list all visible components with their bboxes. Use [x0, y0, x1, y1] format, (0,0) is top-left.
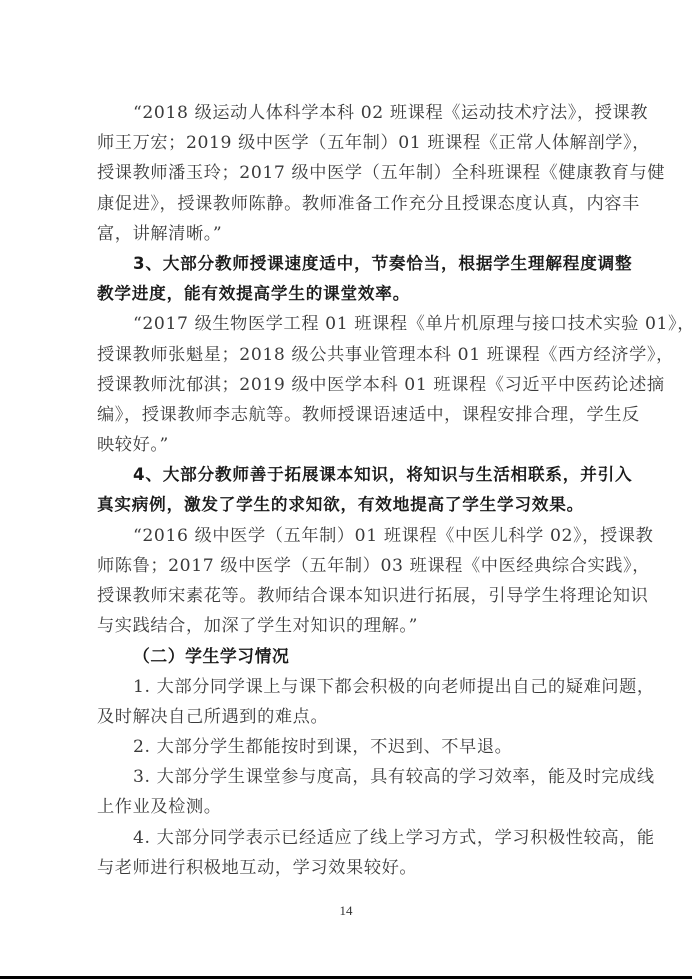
quote-line: “2016 级中医学（五年制）01 班课程《中医儿科学 02》，授课教 — [97, 521, 603, 551]
student-item-line: 2. 大部分学生都能按时到课，不迟到、不早退。 — [97, 732, 603, 762]
student-item-line: 上作业及检测。 — [97, 792, 603, 822]
quote-line: 授课教师张魁星；2018 级公共事业管理本科 01 班课程《西方经济学》， — [97, 340, 603, 370]
quote-line: “2017 级生物医学工程 01 班课程《单片机原理与接口技术实验 01》， — [97, 309, 603, 339]
page-number: 14 — [0, 903, 692, 919]
point-heading-3-cont: 教学进度，能有效提高学生的课堂效率。 — [97, 279, 603, 309]
quote-line: 与实践结合，加深了学生对知识的理解。” — [97, 611, 603, 641]
point-heading-3: 3、大部分教师授课速度适中，节奏恰当，根据学生理解程度调整 — [97, 249, 603, 279]
quote-line: 富，讲解清晰。” — [97, 219, 603, 249]
quote-line: 师陈鲁；2017 级中医学（五年制）03 班课程《中医经典综合实践》， — [97, 551, 603, 581]
student-item-line: 及时解决自己所遇到的难点。 — [97, 702, 603, 732]
quote-line: “2018 级运动人体科学本科 02 班课程《运动技术疗法》，授课教 — [97, 98, 603, 128]
quote-line: 授课教师沈郁淇；2019 级中医学本科 01 班课程《习近平中医药论述摘 — [97, 370, 603, 400]
student-item-line: 4. 大部分同学表示已经适应了线上学习方式，学习积极性较高，能 — [97, 823, 603, 853]
student-item-line: 3. 大部分学生课堂参与度高，具有较高的学习效率，能及时完成线 — [97, 762, 603, 792]
student-item-line: 与老师进行积极地互动，学习效果较好。 — [97, 853, 603, 883]
point-heading-4-cont: 真实病例，激发了学生的求知欲，有效地提高了学生学习效果。 — [97, 490, 603, 520]
document-page: “2018 级运动人体科学本科 02 班课程《运动技术疗法》，授课教 师王万宏；… — [97, 98, 603, 883]
quote-line: 映较好。” — [97, 430, 603, 460]
section-heading: （二）学生学习情况 — [97, 641, 603, 671]
quote-line: 授课教师宋素花等。教师结合课本知识进行拓展，引导学生将理论知识 — [97, 581, 603, 611]
quote-line: 师王万宏；2019 级中医学（五年制）01 班课程《正常人体解剖学》， — [97, 128, 603, 158]
student-item-line: 1. 大部分同学课上与课下都会积极的向老师提出自己的疑难问题， — [97, 672, 603, 702]
quote-line: 编》，授课教师李志航等。教师授课语速适中，课程安排合理，学生反 — [97, 400, 603, 430]
point-heading-4: 4、大部分教师善于拓展课本知识，将知识与生活相联系，并引入 — [97, 460, 603, 490]
quote-line: 康促进》，授课教师陈静。教师准备工作充分且授课态度认真，内容丰 — [97, 189, 603, 219]
quote-line: 授课教师潘玉玲；2017 级中医学（五年制）全科班课程《健康教育与健 — [97, 158, 603, 188]
